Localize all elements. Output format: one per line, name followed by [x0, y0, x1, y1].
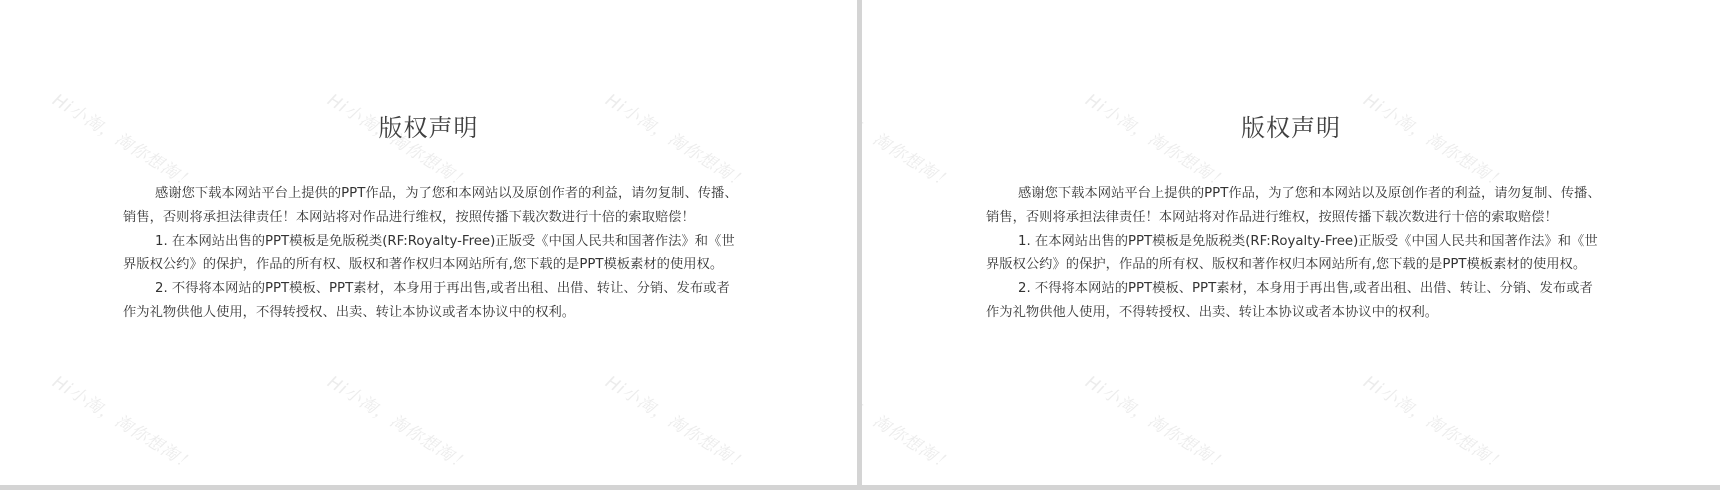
slide-right: Hi小淘，淘你想淘！ Hi小淘，淘你想淘！ Hi小淘，淘你想淘！ Hi小淘，淘你… — [862, 0, 1720, 485]
watermark: Hi小淘，淘你想淘！ — [49, 368, 201, 476]
paragraph-clause-1: 1. 在本网站出售的PPT模板是免版税类(RF:Royalty-Free)正版受… — [123, 230, 743, 278]
paragraph-clause-2: 2. 不得将本网站的PPT模板、PPT素材，本身用于再出售,或者出租、出借、转让… — [986, 277, 1606, 325]
watermark: Hi小淘，淘你想淘！ — [1360, 368, 1512, 476]
watermark: Hi小淘，淘你想淘！ — [324, 368, 476, 476]
paragraph-clause-2: 2. 不得将本网站的PPT模板、PPT素材，本身用于再出售,或者出租、出借、转让… — [123, 277, 743, 325]
slide-title: 版权声明 — [862, 108, 1720, 143]
paragraph-clause-1: 1. 在本网站出售的PPT模板是免版税类(RF:Royalty-Free)正版受… — [986, 230, 1606, 278]
slide-body: 感谢您下载本网站平台上提供的PPT作品，为了您和本网站以及原创作者的利益，请勿复… — [986, 182, 1606, 325]
slide-body: 感谢您下载本网站平台上提供的PPT作品，为了您和本网站以及原创作者的利益，请勿复… — [123, 182, 743, 325]
slide-left: Hi小淘，淘你想淘！ Hi小淘，淘你想淘！ Hi小淘，淘你想淘！ Hi小淘，淘你… — [0, 0, 857, 485]
slide-title: 版权声明 — [0, 108, 857, 143]
watermark: Hi小淘，淘你想淘！ — [862, 368, 959, 476]
paragraph-intro: 感谢您下载本网站平台上提供的PPT作品，为了您和本网站以及原创作者的利益，请勿复… — [123, 182, 743, 230]
watermark: Hi小淘，淘你想淘！ — [1082, 368, 1234, 476]
watermark: Hi小淘，淘你想淘！ — [602, 368, 754, 476]
paragraph-intro: 感谢您下载本网站平台上提供的PPT作品，为了您和本网站以及原创作者的利益，请勿复… — [986, 182, 1606, 230]
